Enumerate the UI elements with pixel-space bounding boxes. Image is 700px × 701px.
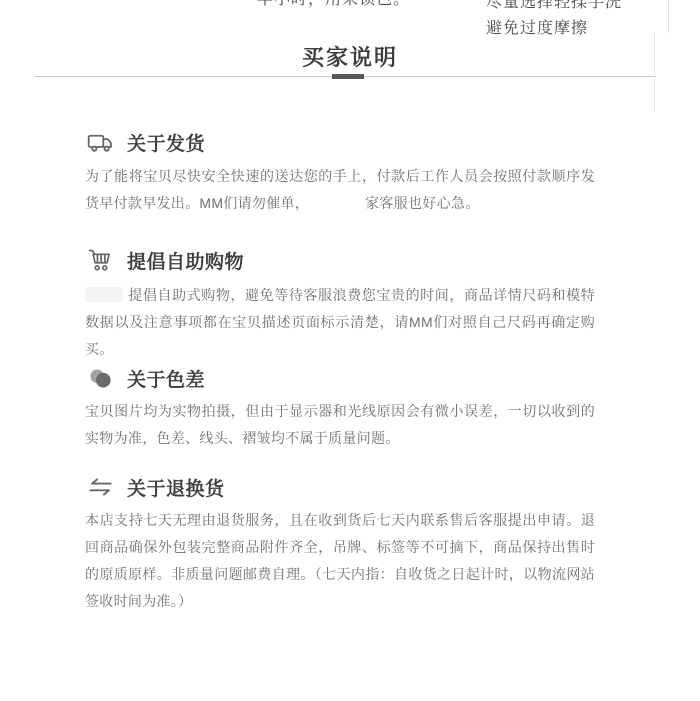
returns-paragraph: 本店支持七天无理由退货服务，且在收到货后七天内联系售后客服提出申请。退回商品确保… xyxy=(85,507,595,615)
exchange-arrows-icon xyxy=(86,473,114,501)
shipping-section-heading: 关于发货 xyxy=(86,128,205,156)
color-circles-icon xyxy=(86,364,114,392)
right-edge-line-top xyxy=(668,0,669,33)
returns-section-heading: 关于退换货 xyxy=(86,473,225,501)
self-service-paragraph-text: 提倡自助式购物，避免等待客服浪费您宝贵的时间，商品详情尺码和模特数据以及注意事项… xyxy=(85,287,595,357)
right-edge-line-bottom xyxy=(654,33,655,111)
color-difference-heading-label: 关于色差 xyxy=(127,365,205,392)
top-right-line2: 避免过度摩擦 xyxy=(486,16,622,42)
shipping-paragraph-part1: 为了能将宝贝尽快安全快速的送达您的手上，付款后工作人员会按照付款顺序发货早付款早… xyxy=(85,168,595,211)
page-title: 买家说明 xyxy=(0,41,700,72)
top-left-text-fragment: 半小时，用来锁色。 xyxy=(257,0,410,10)
blanked-word-box xyxy=(85,287,123,302)
shipping-paragraph-part2: 家客服也好心急。 xyxy=(365,195,479,211)
top-right-text-fragment: 尽量选择轻揉手洗 避免过度摩擦 xyxy=(486,0,622,42)
self-service-paragraph: 提倡自助式购物，避免等待客服浪费您宝贵的时间，商品详情尺码和模特数据以及注意事项… xyxy=(85,282,595,363)
color-difference-section-heading: 关于色差 xyxy=(86,364,205,392)
delivery-truck-icon xyxy=(86,128,114,156)
top-right-line1: 尽量选择轻揉手洗 xyxy=(486,0,622,16)
shopping-cart-icon xyxy=(86,246,114,274)
returns-heading-label: 关于退换货 xyxy=(127,474,225,501)
self-service-heading-label: 提倡自助购物 xyxy=(127,247,244,274)
self-service-section-heading: 提倡自助购物 xyxy=(86,246,244,274)
buyer-instructions-page: 半小时，用来锁色。 尽量选择轻揉手洗 避免过度摩擦 买家说明 关于发货 为了能将… xyxy=(0,0,700,701)
shipping-heading-label: 关于发货 xyxy=(127,129,205,156)
color-difference-paragraph: 宝贝图片均为实物拍摄，但由于显示器和光线原因会有微小误差，一切以收到的实物为准，… xyxy=(85,398,595,452)
title-divider-accent xyxy=(332,74,364,79)
shipping-paragraph: 为了能将宝贝尽快安全快速的送达您的手上，付款后工作人员会按照付款顺序发货早付款早… xyxy=(85,163,595,217)
